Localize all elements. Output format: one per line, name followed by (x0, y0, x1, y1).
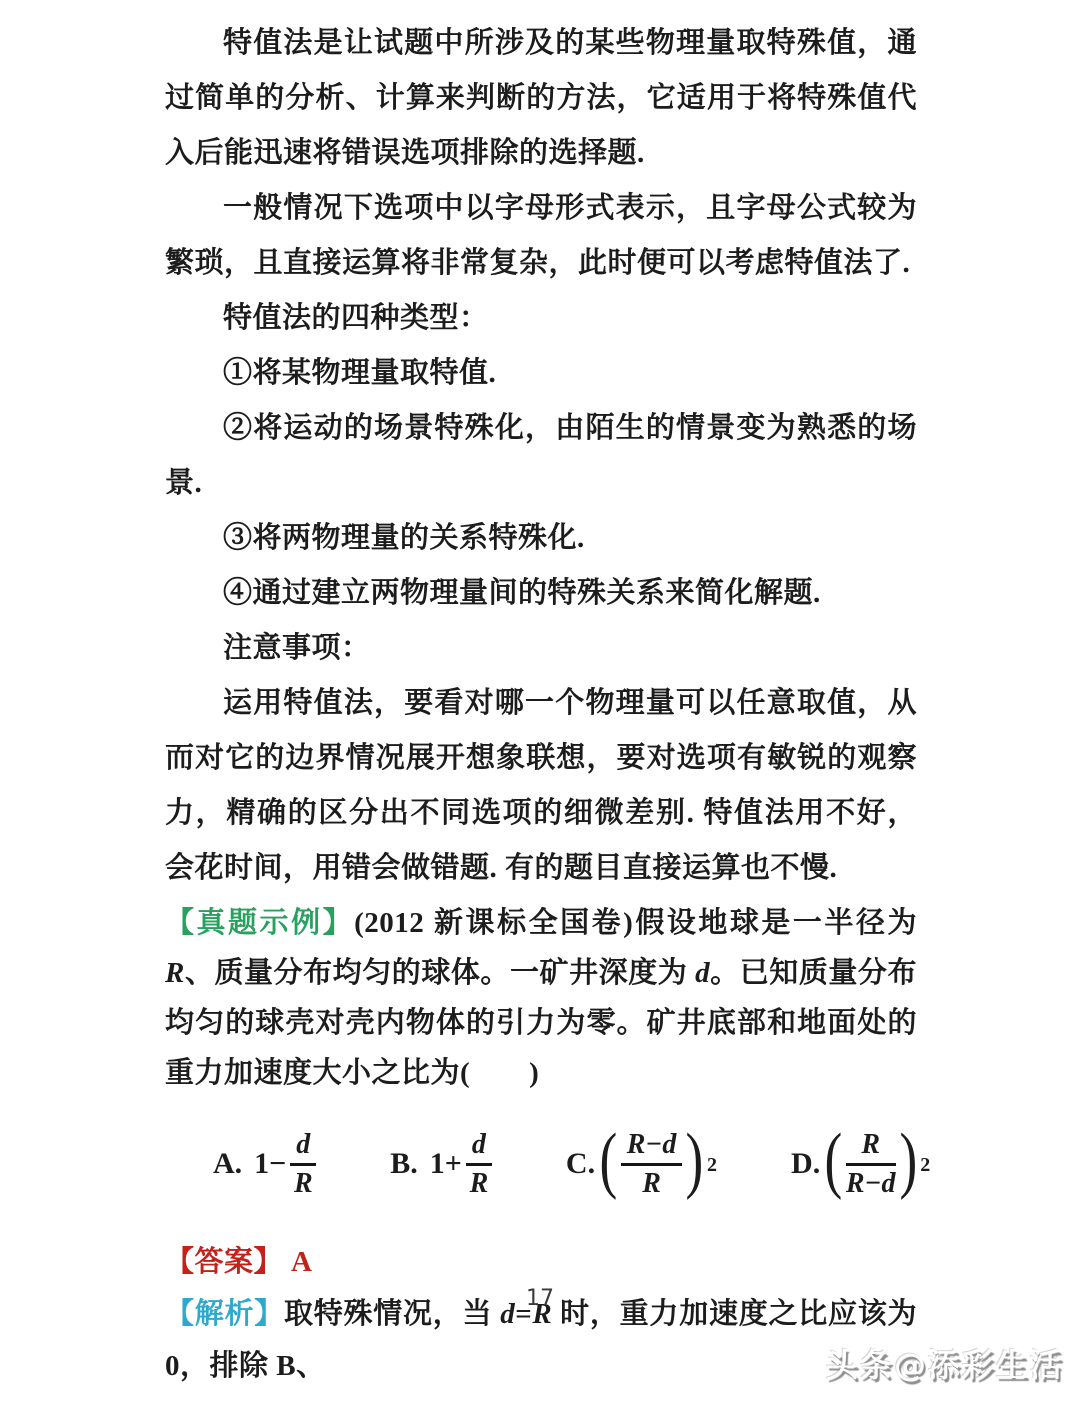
example-label: 【真题示例】 (165, 907, 354, 939)
fraction-denominator: R−d (846, 1166, 896, 1199)
answer-value: A (291, 1246, 312, 1278)
fraction-d-over-R: dR (290, 1129, 316, 1199)
type-item-4: ④通过建立两物理量间的特殊关系来简化解题. (165, 566, 917, 621)
option-b-prefix: 1+ (430, 1147, 462, 1181)
fraction-denominator: R (290, 1166, 316, 1199)
document-page: 特值法是让试题中所涉及的某些物理量取特殊值，通过简单的分析、计算来判断的方法，它… (0, 0, 1080, 1408)
fraction-numerator: R−d (621, 1129, 683, 1165)
paragraph-method-intro: 特值法是让试题中所涉及的某些物理量取特殊值，通过简单的分析、计算来判断的方法，它… (165, 16, 917, 181)
example-source: (2012 新课标全国卷) (354, 907, 633, 939)
question-text-1: 假设地球是一半径为 (633, 907, 917, 939)
option-d: D. ( RR−d ) 2 (791, 1129, 930, 1199)
options-row: A. 1− dR B. 1+ dR C. ( R−dR ) 2 D. ( RR−… (213, 1116, 917, 1212)
paragraph-when-to-use: 一般情况下选项中以字母形式表示，且字母公式较为繁琐，且直接运算将非常复杂，此时便… (165, 181, 917, 291)
math-var-d: d (695, 957, 710, 989)
exponent-2: 2 (707, 1154, 717, 1177)
answer-line: 【答案】A (165, 1236, 917, 1288)
type-item-3: ③将两物理量的关系特殊化. (165, 511, 917, 566)
watermark: 头条@添彩生活 (826, 1340, 1064, 1386)
fraction-numerator: R (846, 1129, 896, 1165)
fraction-numerator: d (466, 1129, 492, 1165)
example-question: 【真题示例】(2012 新课标全国卷)假设地球是一半径为 R、质量分布均匀的球体… (165, 898, 917, 1098)
option-b-label: B. (390, 1147, 418, 1181)
option-c-label: C. (566, 1147, 595, 1181)
question-text-2: 、质量分布均匀的球体。一矿井深度为 (185, 957, 695, 989)
fraction-denominator: R (466, 1166, 492, 1199)
page-number: 17 (0, 1286, 1080, 1311)
option-a: A. 1− dR (213, 1129, 316, 1199)
document-content: 特值法是让试题中所涉及的某些物理量取特殊值，通过简单的分析、计算来判断的方法，它… (165, 16, 917, 1392)
option-d-label: D. (791, 1147, 820, 1181)
paragraph-notes: 运用特值法，要看对哪一个物理量可以任意取值，从而对它的边界情况展开想象联想，要对… (165, 676, 917, 896)
fraction-numerator: d (290, 1129, 316, 1165)
type-item-1: ①将某物理量取特值. (165, 346, 917, 401)
type-item-2: ②将运动的场景特殊化，由陌生的情景变为熟悉的场景. (165, 401, 917, 511)
fraction-R-over-Rminusd: RR−d (846, 1129, 896, 1199)
option-b: B. 1+ dR (390, 1129, 492, 1199)
heading-four-types: 特值法的四种类型： (165, 291, 917, 346)
option-a-label: A. (213, 1147, 242, 1181)
fraction-denominator: R (621, 1166, 683, 1199)
math-var-R: R (165, 957, 185, 989)
fraction-Rminusd-over-R: R−dR (621, 1129, 683, 1199)
option-c: C. ( R−dR ) 2 (566, 1129, 717, 1199)
answer-label: 【答案】 (165, 1246, 283, 1278)
option-a-prefix: 1− (254, 1147, 286, 1181)
exponent-2: 2 (920, 1154, 930, 1177)
heading-notes: 注意事项： (165, 621, 917, 676)
fraction-d-over-R: dR (466, 1129, 492, 1199)
